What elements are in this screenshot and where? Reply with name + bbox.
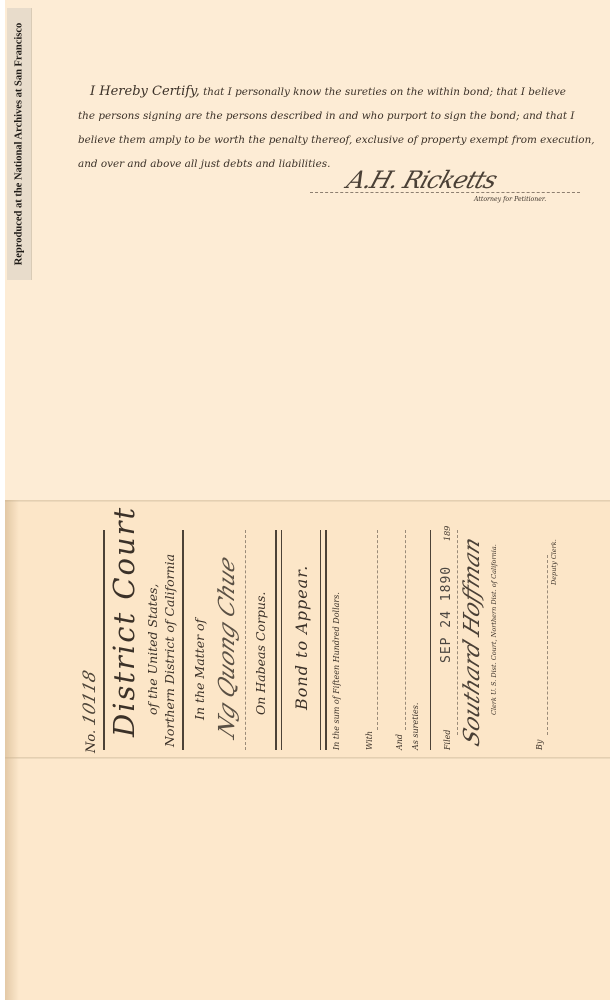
matter-label: In the Matter of — [192, 619, 207, 720]
rule — [430, 530, 431, 750]
document-title: Bond to Appear. — [292, 565, 311, 710]
archive-stamp-text: Reproduced at the National Archives at S… — [14, 23, 25, 266]
bond-sum: In the sum of Fifteen Hundred Dollars. — [332, 592, 341, 750]
cert-line: I Hereby Certify, that I personally know… — [78, 80, 598, 104]
court-subtitle: of the United States, — [145, 584, 160, 715]
with-field — [377, 530, 378, 730]
and-label: And — [395, 734, 404, 750]
dashed-rule — [245, 530, 246, 750]
court-district: Northern District of California — [162, 554, 177, 747]
fold-line — [5, 500, 610, 502]
archive-stamp: Reproduced at the National Archives at S… — [7, 8, 32, 280]
cert-line: believe them amply to be worth the penal… — [78, 128, 598, 152]
by-label: By — [535, 740, 544, 750]
petitioner-name: Ng Quong Chue — [215, 558, 240, 737]
rule — [281, 530, 282, 750]
sureties-label: As sureties. — [411, 703, 420, 750]
blank-panel — [5, 758, 610, 1000]
case-number: No. 10118 — [80, 671, 100, 753]
filed-date-stamp: SEP 24 1890 — [439, 566, 454, 663]
proceeding-type: On Habeas Corpus. — [253, 592, 268, 715]
filed-field — [457, 530, 458, 735]
clerk-caption: Clerk U. S. Dist. Court, Northern Dist. … — [490, 544, 498, 715]
edge-shadow — [5, 500, 19, 1000]
year-prefix: 189 — [443, 526, 452, 541]
court-title: District Court — [107, 506, 141, 737]
cert-line: the persons signing are the persons desc… — [78, 104, 598, 128]
signature-caption: Attorney for Petitioner. — [474, 196, 546, 203]
attorney-signature: A.H. Ricketts — [343, 166, 500, 194]
signature-line — [310, 192, 580, 193]
rule — [325, 530, 327, 750]
rule — [320, 530, 321, 750]
case-number-value: 10118 — [80, 668, 100, 727]
and-field — [405, 530, 406, 730]
filed-label: Filed — [443, 729, 452, 750]
clerk-signature: Southard Hoffman — [460, 539, 485, 745]
certificate-panel — [5, 0, 610, 500]
rule — [103, 530, 105, 750]
cert-lead: I Hereby Certify, — [90, 84, 200, 99]
with-label: With — [365, 731, 374, 750]
deputy-caption: Deputy Clerk. — [550, 539, 558, 585]
deputy-field — [547, 555, 548, 735]
fold-line — [5, 757, 610, 759]
certification-paragraph: I Hereby Certify, that I personally know… — [78, 80, 598, 176]
cert-line: and over and above all just debts and li… — [78, 152, 598, 176]
rule — [275, 530, 277, 750]
docket-endorsement: No. 10118 District Court of the United S… — [75, 515, 585, 755]
rule — [182, 530, 184, 750]
